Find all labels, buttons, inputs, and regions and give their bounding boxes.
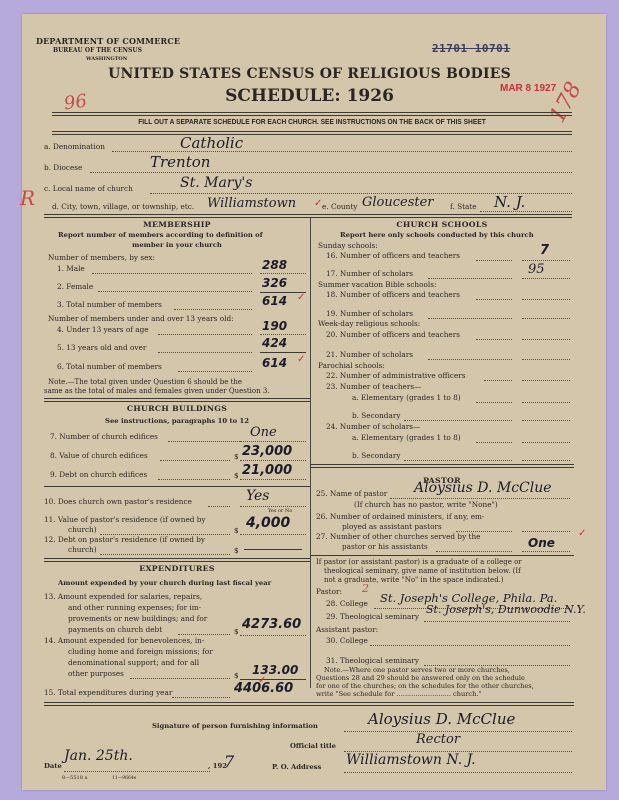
q14-line-3: denominational support; and for all xyxy=(68,658,199,667)
q19-answer-line xyxy=(522,318,570,319)
q26-label-1: 26. Number of ordained ministers, if any… xyxy=(316,512,484,521)
q4-answer-line xyxy=(260,334,306,335)
q3-check-mark: ✓ xyxy=(297,292,305,303)
q8-line xyxy=(160,460,230,461)
form-code-1: 8—5518 a xyxy=(62,775,87,781)
check-mark: ✓ xyxy=(314,198,322,209)
instruction-banner: FILL OUT A SEPARATE SCHEDULE FOR EACH CH… xyxy=(65,119,559,126)
q18-line xyxy=(476,299,512,300)
q14-line xyxy=(130,678,230,679)
red-pencil-annotation-left: 96 xyxy=(63,91,89,115)
q8-value: 23,000 xyxy=(242,444,292,459)
form-code-2: 11—9664e xyxy=(112,776,136,781)
q10-value: Yes xyxy=(246,488,270,504)
q24b-line xyxy=(404,460,512,461)
q13-line-2: and other running expenses; for im- xyxy=(68,603,201,612)
state-value: N. J. xyxy=(494,193,525,211)
q8-label: 8. Value of church edifices xyxy=(50,451,148,460)
expenditures-heading: EXPENDITURES xyxy=(44,564,310,573)
q13-dollar-sign: $ xyxy=(234,627,239,636)
q2-label: 2. Female xyxy=(57,282,93,291)
q7-label: 7. Number of church edifices xyxy=(50,432,158,441)
q9-value: 21,000 xyxy=(242,463,292,478)
q1-line xyxy=(92,273,252,274)
q17-line xyxy=(428,278,512,279)
q15-check-mark: ✓ xyxy=(258,675,266,686)
q16-value: 7 xyxy=(540,243,549,258)
q11-dollar-sign: $ xyxy=(234,526,239,535)
q15-line xyxy=(172,697,230,698)
q13-line-3: provements or new buildings; and for xyxy=(68,614,207,623)
q23a-label: a. Elementary (grades 1 to 8) xyxy=(352,393,461,402)
q26-label-2: ployed as assistant pastors xyxy=(342,522,442,531)
q30-label: 30. College xyxy=(326,636,368,645)
q21-label: 21. Number of scholars xyxy=(326,350,413,359)
membership-subheading-2: member in your church xyxy=(44,241,310,249)
assistant-pastor-label: Assistant pastor: xyxy=(316,625,378,634)
q10-answer-line xyxy=(240,506,306,507)
q5-line xyxy=(158,352,252,353)
q18-answer-line xyxy=(522,299,570,300)
q1-value: 288 xyxy=(262,258,287,272)
membership-note-1: Note.—The total given under Question 6 s… xyxy=(48,378,310,387)
q27-line xyxy=(436,551,512,552)
county-label: e. County xyxy=(322,202,357,211)
footer-rule xyxy=(44,702,574,706)
q10-label: 10. Does church own pastor's residence xyxy=(44,497,192,506)
q15-label: 15. Total expenditures during year xyxy=(44,688,172,697)
q24b-answer-line xyxy=(522,460,570,461)
q17-answer-line xyxy=(522,278,570,279)
column-divider xyxy=(310,218,311,688)
q13-answer-line xyxy=(240,635,306,636)
serial-number-stamp: 21701 10701 xyxy=(432,42,510,55)
buildings-bottom-rule xyxy=(44,558,310,562)
membership-rule xyxy=(44,398,310,402)
q9-label: 9. Debt on church edifices xyxy=(50,470,147,479)
denomination-value: Catholic xyxy=(180,134,243,152)
q6-check-mark: ✓ xyxy=(297,354,305,365)
graduate-note-1: If pastor (or assistant pastor) is a gra… xyxy=(316,558,574,567)
q27-check-mark: ✓ xyxy=(578,528,586,539)
q28-label: 28. College xyxy=(326,599,368,608)
q10-line xyxy=(208,506,230,507)
department-name: DEPARTMENT OF COMMERCE xyxy=(36,36,180,46)
q14-line-1: 14. Amount expended for benevolences, in… xyxy=(44,636,204,645)
q13-line xyxy=(178,634,230,635)
q23b-answer-line xyxy=(522,420,570,421)
q22-line xyxy=(484,380,512,381)
red-r-mark: R xyxy=(20,186,35,210)
q24-label: 24. Number of scholars— xyxy=(326,422,420,431)
q16-line xyxy=(476,260,512,261)
denomination-label: a. Denomination xyxy=(44,142,105,151)
section-rule xyxy=(44,214,572,218)
q5-label: 5. 13 years old and over xyxy=(57,343,146,352)
q23-label: 23. Number of teachers— xyxy=(326,382,421,391)
official-title-value: Rector xyxy=(416,732,460,747)
church-schools-subheading: Report here only schools conducted by th… xyxy=(340,231,534,239)
bureau-name: BUREAU OF THE CENSUS xyxy=(53,47,142,54)
q17-value: 95 xyxy=(528,262,545,277)
q7-answer-line xyxy=(240,441,306,442)
date-value: Jan. 25th. xyxy=(64,748,133,764)
q22-label: 22. Number of administrative officers xyxy=(326,371,466,380)
q10-hint: Yes or No xyxy=(268,508,292,514)
q27-answer-line xyxy=(522,551,570,552)
by-sex-label: Number of members, by sex: xyxy=(48,253,155,262)
q20-label: 20. Number of officers and teachers xyxy=(326,330,460,339)
official-title-label: Official title xyxy=(290,742,336,750)
q12-line xyxy=(100,554,230,555)
state-line xyxy=(480,211,572,212)
graduate-note-2: theological seminary, give name of insti… xyxy=(324,567,521,576)
q16-answer-line xyxy=(522,260,570,261)
header-rule-top xyxy=(52,112,572,116)
q5-value: 424 xyxy=(262,336,287,350)
q29-line xyxy=(424,621,570,622)
q24a-label: a. Elementary (grades 1 to 8) xyxy=(352,433,461,442)
q23a-line xyxy=(476,402,512,403)
q2-value: 326 xyxy=(262,276,287,290)
q9-answer-line xyxy=(240,479,306,480)
membership-note-2: same as the total of males and females g… xyxy=(44,387,270,396)
q24a-answer-line xyxy=(522,442,570,443)
church-schools-heading: CHURCH SCHOOLS xyxy=(310,220,574,229)
q11-value: 4,000 xyxy=(246,515,290,531)
diocese-label: b. Diocese xyxy=(44,163,82,172)
q11-label-1: 11. Value of pastor's residence (if owne… xyxy=(44,515,206,524)
q30-line xyxy=(370,645,570,646)
graduate-note-3: not a graduate, write "No" in the space … xyxy=(324,576,504,585)
q31-label: 31. Theological seminary xyxy=(326,656,419,665)
date-label: Date xyxy=(44,762,62,770)
local-name-value: St. Mary's xyxy=(180,175,252,191)
signature-value: Aloysius D. McClue xyxy=(368,710,515,728)
q16-label: 16. Number of officers and teachers xyxy=(326,251,460,260)
membership-subheading-1: Report number of members according to de… xyxy=(58,231,263,239)
membership-heading: MEMBERSHIP xyxy=(44,220,310,229)
q12-label-2: church) xyxy=(68,545,97,554)
state-label: f. State xyxy=(450,202,477,211)
q3-label: 3. Total number of members xyxy=(57,300,162,309)
q27-value: One xyxy=(528,536,555,550)
diocese-line xyxy=(90,172,572,173)
q8-answer-line xyxy=(240,460,306,461)
q14-line-4: other purposes xyxy=(68,669,124,678)
q4-line xyxy=(158,334,252,335)
q11-answer-line xyxy=(240,534,306,535)
pastor-rule xyxy=(310,555,574,556)
q5-sum-line xyxy=(260,352,306,353)
bureau-city: WASHINGTON xyxy=(86,56,127,62)
q4-value: 190 xyxy=(262,319,287,333)
received-date-stamp: MAR 8 1927 xyxy=(500,83,556,94)
date-line xyxy=(64,771,210,772)
q23b-line xyxy=(404,420,512,421)
q14-dollar-sign: $ xyxy=(234,671,239,680)
q11-label-2: church) xyxy=(68,525,97,534)
q6-label: 6. Total number of members xyxy=(57,362,162,371)
q25-label: 25. Name of pastor xyxy=(316,489,387,498)
q17-label: 17. Number of scholars xyxy=(326,269,413,278)
q9-line xyxy=(158,479,230,480)
church-buildings-heading: CHURCH BUILDINGS xyxy=(44,404,310,413)
q24b-label: b. Secondary xyxy=(352,451,400,460)
q24a-line xyxy=(476,442,512,443)
age-label: Number of members under and over 13 year… xyxy=(48,314,234,323)
q20-answer-line xyxy=(522,339,570,340)
q27-label-2: pastor or his assistants xyxy=(342,542,428,551)
q12-dollar-sign: $ xyxy=(234,546,239,555)
q19-label: 19. Number of scholars xyxy=(326,309,413,318)
q2-line xyxy=(98,291,252,292)
q21-answer-line xyxy=(522,359,570,360)
q19-line xyxy=(428,318,512,319)
q6-value: 614 xyxy=(262,356,287,370)
pastor-red-mark: 2 xyxy=(362,582,369,595)
po-address-line xyxy=(344,772,572,773)
local-name-label: c. Local name of church xyxy=(44,184,133,193)
q25-hint: (If church has no pastor, write "None") xyxy=(354,500,498,509)
pastor-note-4: write "See schedule for ................… xyxy=(316,690,481,698)
q14-sum-line xyxy=(240,679,306,680)
q25-value: Aloysius D. McClue xyxy=(414,480,552,496)
q1-answer-line xyxy=(260,273,306,274)
q21-line xyxy=(428,359,512,360)
q20-line xyxy=(476,339,512,340)
church-buildings-subheading: See instructions, paragraphs 10 to 12 xyxy=(44,417,310,425)
po-address-value: Williamstown N. J. xyxy=(346,752,476,768)
form-title: UNITED STATES CENSUS OF RELIGIOUS BODIES xyxy=(0,66,619,82)
q1-label: 1. Male xyxy=(57,264,85,273)
q7-value: One xyxy=(250,425,277,440)
city-label: d. City, town, village, or township, etc… xyxy=(52,202,194,211)
q13-value: 4273.60 xyxy=(242,617,301,632)
q12-value-dash xyxy=(244,549,302,550)
pastor-subheading: Pastor: xyxy=(316,587,342,596)
city-value: Williamstown xyxy=(207,196,296,211)
sunday-schools-label: Sunday schools: xyxy=(318,241,378,250)
q23b-label: b. Secondary xyxy=(352,411,400,420)
schools-rule xyxy=(310,464,574,468)
q9-dollar-sign: $ xyxy=(234,471,239,480)
summer-schools-label: Summer vacation Bible schools: xyxy=(318,280,436,289)
q25-line xyxy=(390,498,570,499)
buildings-rule xyxy=(44,486,310,487)
header-rule-bottom xyxy=(52,131,572,135)
q4-label: 4. Under 13 years of age xyxy=(57,325,149,334)
expenditures-subheading: Amount expended by your church during la… xyxy=(58,579,271,587)
diocese-value: Trenton xyxy=(150,153,210,171)
q22-answer-line xyxy=(522,380,570,381)
q26-answer-line xyxy=(522,531,570,532)
po-address-label: P. O. Address xyxy=(272,763,321,771)
q29-label: 29. Theological seminary xyxy=(326,612,419,621)
q13-line-1: 13. Amount expended for salaries, repair… xyxy=(44,592,202,601)
q18-label: 18. Number of officers and teachers xyxy=(326,290,460,299)
q27-label-1: 27. Number of other churches served by t… xyxy=(316,532,480,541)
q29-value: St. Joseph's, Dunwoodie N.Y. xyxy=(426,603,586,616)
signature-label: Signature of person furnishing informati… xyxy=(152,722,318,730)
q8-dollar-sign: $ xyxy=(234,452,239,461)
weekday-schools-label: Week-day religious schools: xyxy=(318,319,420,328)
q3-value: 614 xyxy=(262,294,287,308)
q3-line xyxy=(174,309,252,310)
parochial-schools-label: Parochial schools: xyxy=(318,361,385,370)
q14-line-2: cluding home and foreign missions; for xyxy=(68,647,213,656)
q12-label-1: 12. Debt on pastor's residence (if owned… xyxy=(44,535,205,544)
q6-line xyxy=(178,371,252,372)
year-suffix: 7 xyxy=(224,752,234,771)
q13-line-4: payments on church debt xyxy=(68,625,162,634)
q23a-answer-line xyxy=(522,402,570,403)
county-value: Gloucester xyxy=(362,195,434,210)
